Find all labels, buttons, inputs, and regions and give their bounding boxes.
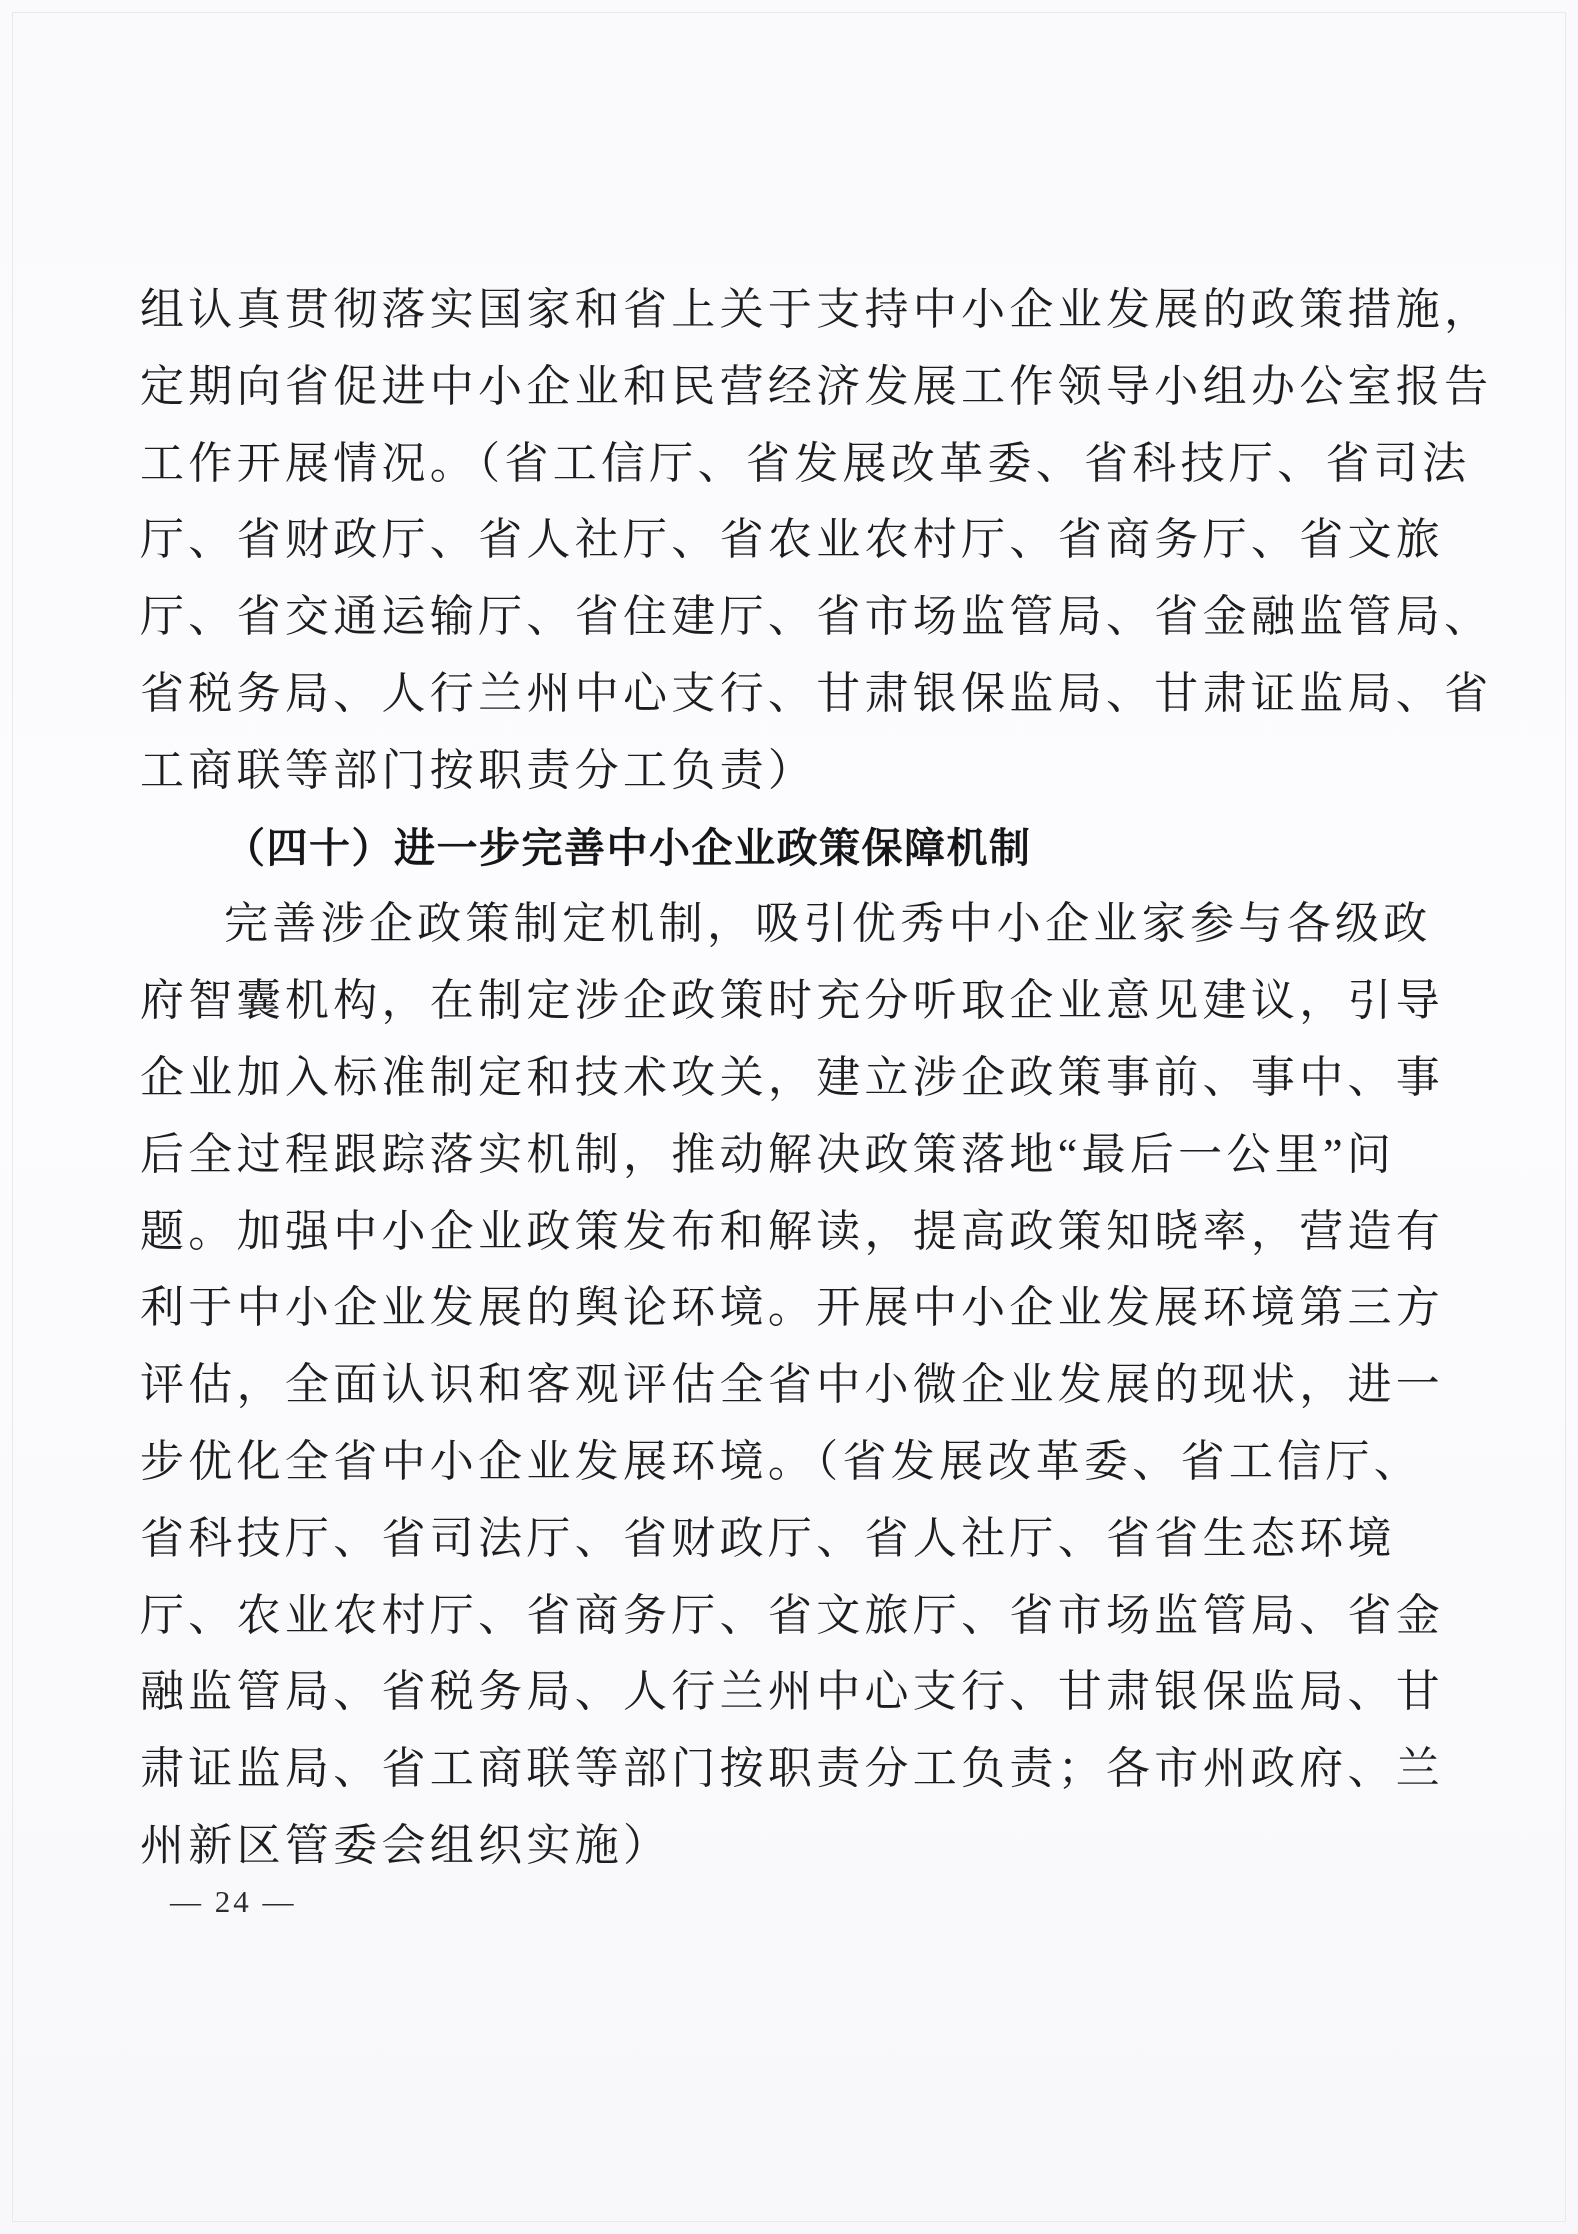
text-line: 利于中小企业发展的舆论环境。开展中小企业发展环境第三方 (140, 1270, 1460, 1347)
section-heading: （四十）进一步完善中小企业政策保障机制 (140, 810, 1460, 887)
text-line: 完善涉企政策制定机制，吸引优秀中小企业家参与各级政 (140, 886, 1460, 963)
text-line: 省税务局、人行兰州中心支行、甘肃银保监局、甘肃证监局、省 (140, 656, 1460, 733)
text-line: 厅、省交通运输厅、省住建厅、省市场监管局、省金融监管局、 (140, 579, 1460, 656)
text-line: 步优化全省中小企业发展环境。（省发展改革委、省工信厅、 (140, 1424, 1460, 1501)
document-page: 组认真贯彻落实国家和省上关于支持中小企业发展的政策措施， 定期向省促进中小企业和… (0, 0, 1578, 2234)
text-line: 题。加强中小企业政策发布和解读，提高政策知晓率，营造有 (140, 1194, 1460, 1271)
text-line: 省科技厅、省司法厅、省财政厅、省人社厅、省省生态环境 (140, 1501, 1460, 1578)
text-line: 工作开展情况。（省工信厅、省发展改革委、省科技厅、省司法 (140, 426, 1460, 503)
text-line: 评估，全面认识和客观评估全省中小微企业发展的现状，进一 (140, 1347, 1460, 1424)
text-line: 后全过程跟踪落实机制，推动解决政策落地“最后一公里”问 (140, 1117, 1460, 1194)
text-line: 肃证监局、省工商联等部门按职责分工负责；各市州政府、兰 (140, 1731, 1460, 1808)
text-line: 融监管局、省税务局、人行兰州中心支行、甘肃银保监局、甘 (140, 1654, 1460, 1731)
page-number: — 24 — (170, 1884, 297, 1920)
text-line: 州新区管委会组织实施） (140, 1808, 1460, 1885)
text-line: 厅、农业农村厅、省商务厅、省文旅厅、省市场监管局、省金 (140, 1578, 1460, 1655)
text-line: 厅、省财政厅、省人社厅、省农业农村厅、省商务厅、省文旅 (140, 502, 1460, 579)
text-line: 工商联等部门按职责分工负责） (140, 733, 1460, 810)
text-line: 定期向省促进中小企业和民营经济发展工作领导小组办公室报告 (140, 349, 1460, 426)
text-line: 组认真贯彻落实国家和省上关于支持中小企业发展的政策措施， (140, 272, 1460, 349)
text-line: 府智囊机构，在制定涉企政策时充分听取企业意见建议，引导 (140, 963, 1460, 1040)
text-line: 企业加入标准制定和技术攻关，建立涉企政策事前、事中、事 (140, 1040, 1460, 1117)
document-body: 组认真贯彻落实国家和省上关于支持中小企业发展的政策措施， 定期向省促进中小企业和… (140, 272, 1460, 1885)
